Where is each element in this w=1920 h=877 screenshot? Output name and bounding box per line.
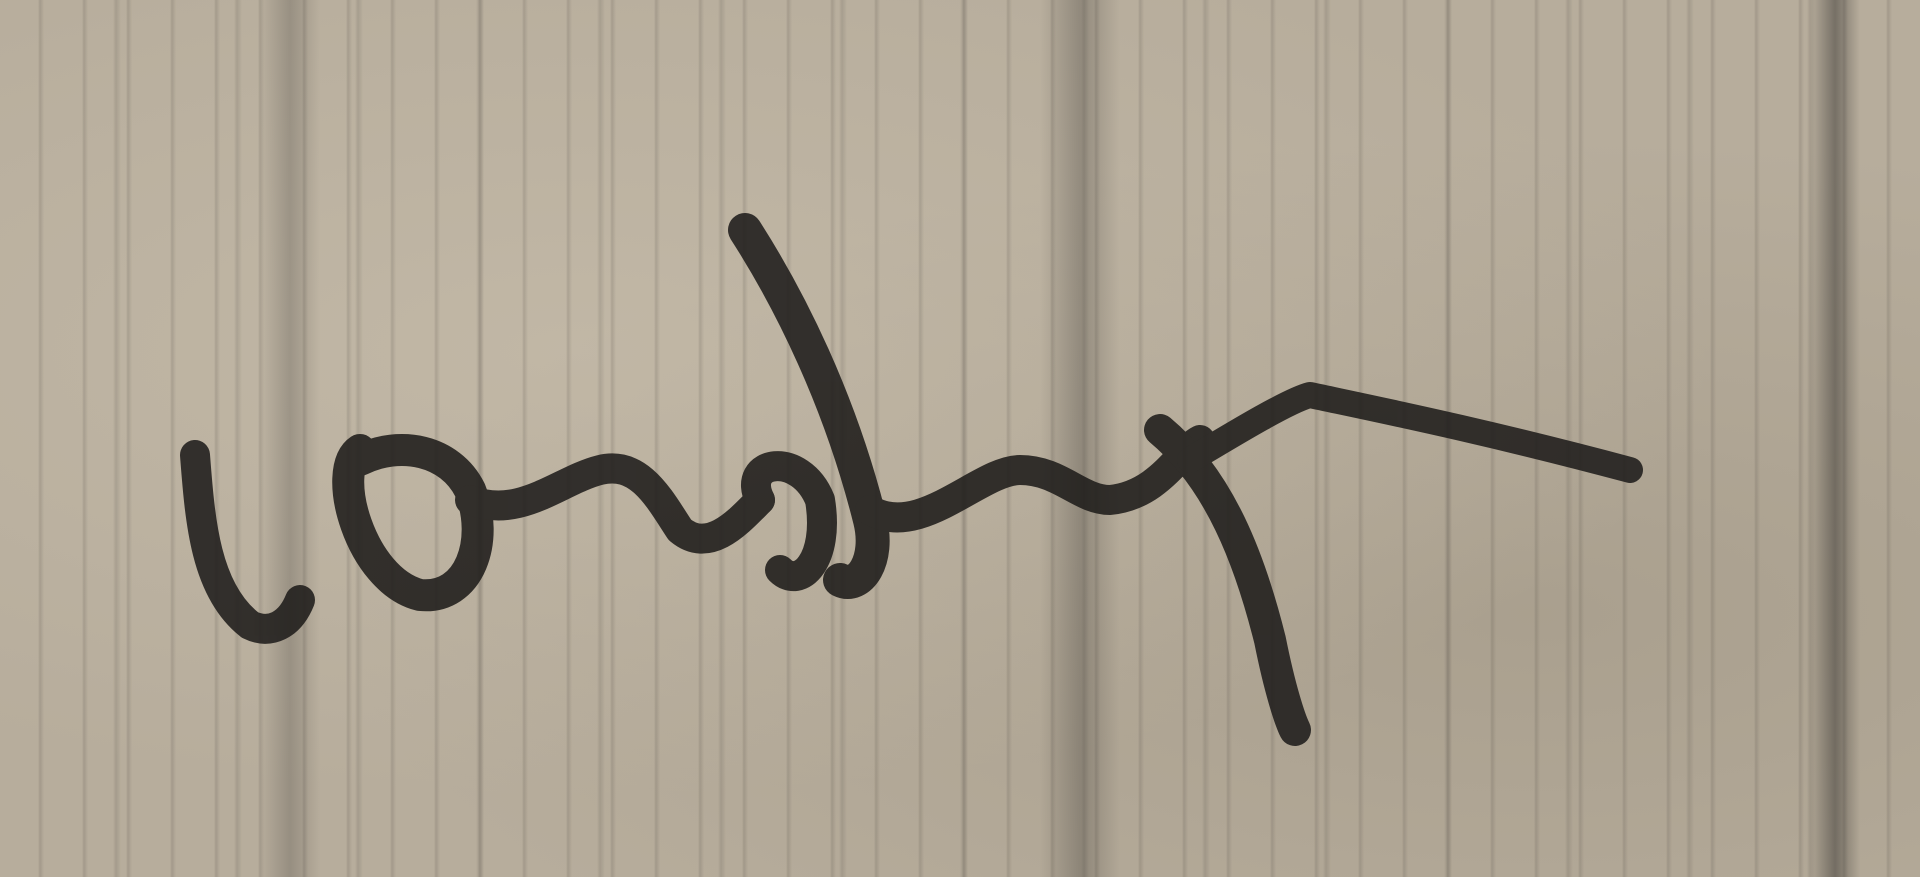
handwritten-signature (0, 0, 1920, 877)
paper-photo (0, 0, 1920, 877)
